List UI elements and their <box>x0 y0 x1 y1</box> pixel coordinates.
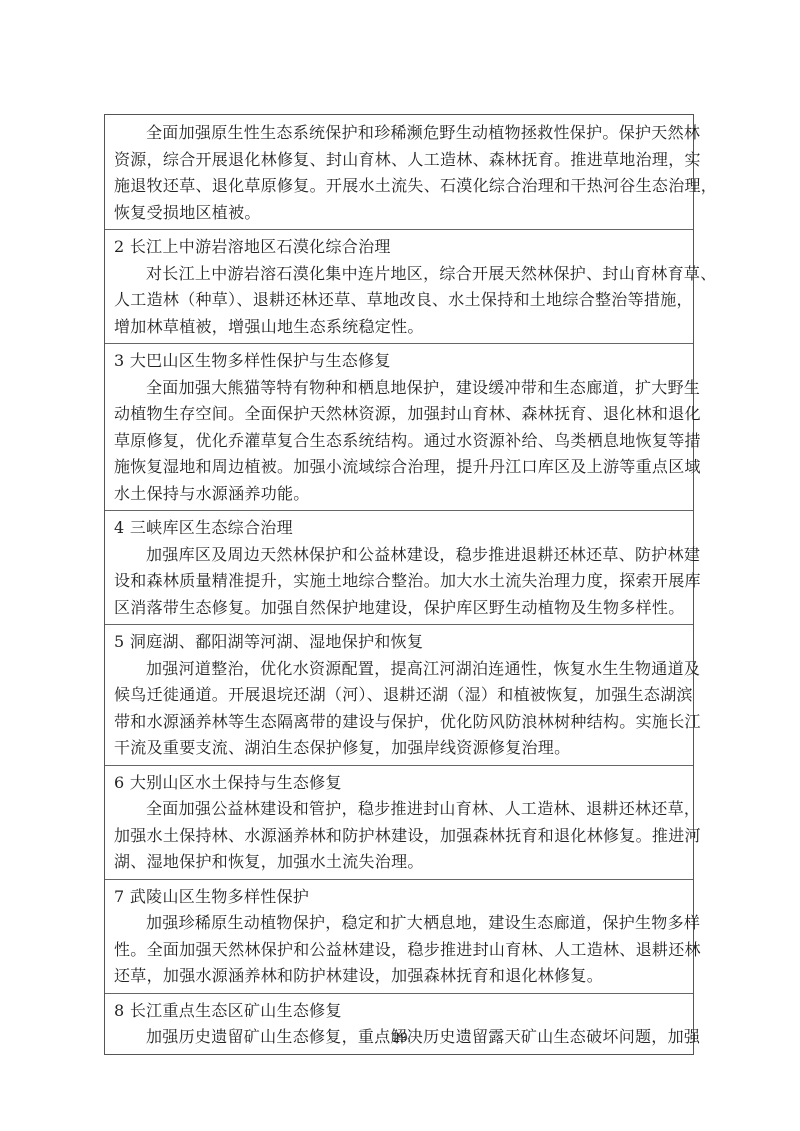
text-line: 加强库区及周边天然林保护和公益林建设，稳步推进退耕还林还草、防护林建 <box>114 542 685 569</box>
table-row: 2 长江上中游岩溶地区石漠化综合治理对长江上中游岩溶石漠化集中连片地区，综合开展… <box>105 229 693 343</box>
section-heading: 4 三峡库区生态综合治理 <box>114 515 685 542</box>
text-line: 加强河道整治，优化水资源配置，提高江河湖泊连通性，恢复水生生物通道及 <box>114 656 685 683</box>
section-heading: 2 长江上中游岩溶地区石漠化综合治理 <box>114 234 685 261</box>
text-line: 资源，综合开展退化林修复、封山育林、人工造林、森林抚育。推进草地治理，实 <box>114 147 685 174</box>
section-heading: 3 大巴山区生物多样性保护与生态修复 <box>114 348 685 375</box>
text-line: 还草，加强水源涵养林和防护林建设，加强森林抚育和退化林修复。 <box>114 963 685 990</box>
table-row: 7 武陵山区生物多样性保护加强珍稀原生动植物保护，稳定和扩大栖息地，建设生态廊道… <box>105 879 693 993</box>
text-line: 带和水源涵养林等生态隔离带的建设与保护，优化防风防浪林树种结构。实施长江 <box>114 709 685 736</box>
section-heading: 8 长江重点生态区矿山生态修复 <box>114 998 685 1025</box>
section-paragraph: 全面加强公益林建设和管护，稳步推进封山育林、人工造林、退耕还林还草，加强水土保持… <box>114 796 685 876</box>
text-line: 恢复受损地区植被。 <box>114 200 685 227</box>
text-line: 施恢复湿地和周边植被。加强小流域综合治理，提升丹江口库区及上游等重点区域 <box>114 454 685 481</box>
section-paragraph: 对长江上中游岩溶石漠化集中连片地区，综合开展天然林保护、封山育林育草、人工造林（… <box>114 261 685 341</box>
text-line: 水土保持与水源涵养功能。 <box>114 481 685 508</box>
section-paragraph: 加强库区及周边天然林保护和公益林建设，稳步推进退耕还林还草、防护林建设和森林质量… <box>114 542 685 622</box>
section-heading: 7 武陵山区生物多样性保护 <box>114 884 685 911</box>
text-line: 草原修复，优化乔灌草复合生态系统结构。通过水资源补给、鸟类栖息地恢复等措 <box>114 428 685 455</box>
text-line: 加强水土保持林、水源涵养林和防护林建设，加强森林抚育和退化林修复。推进河 <box>114 823 685 850</box>
table-row: 4 三峡库区生态综合治理加强库区及周边天然林保护和公益林建设，稳步推进退耕还林还… <box>105 510 693 624</box>
text-line: 全面加强大熊猫等特有物种和栖息地保护，建设缓冲带和生态廊道，扩大野生 <box>114 375 685 402</box>
text-line: 区消落带生态修复。加强自然保护地建设，保护库区野生动植物及生物多样性。 <box>114 595 685 622</box>
section-heading: 6 大别山区水土保持与生态修复 <box>114 770 685 797</box>
text-line: 人工造林（种草）、退耕还林还草、草地改良、水土保持和土地综合整治等措施， <box>114 287 685 314</box>
text-line: 动植物生存空间。全面保护天然林资源，加强封山育林、森林抚育、退化林和退化 <box>114 401 685 428</box>
text-line: 全面加强原生性生态系统保护和珍稀濒危野生动植物拯救性保护。保护天然林 <box>114 120 685 147</box>
text-line: 加强珍稀原生动植物保护，稳定和扩大栖息地，建设生态廊道，保护生物多样 <box>114 910 685 937</box>
section-paragraph: 全面加强大熊猫等特有物种和栖息地保护，建设缓冲带和生态廊道，扩大野生动植物生存空… <box>114 375 685 508</box>
text-line: 性。全面加强天然林保护和公益林建设，稳步推进封山育林、人工造林、退耕还林 <box>114 937 685 964</box>
document-page: 全面加强原生性生态系统保护和珍稀濒危野生动植物拯救性保护。保护天然林资源，综合开… <box>0 0 800 1131</box>
text-line: 设和森林质量精准提升，实施土地综合整治。加大水土流失治理力度，探索开展库 <box>114 568 685 595</box>
text-line: 对长江上中游岩溶石漠化集中连片地区，综合开展天然林保护、封山育林育草、 <box>114 261 685 288</box>
table-row: 全面加强原生性生态系统保护和珍稀濒危野生动植物拯救性保护。保护天然林资源，综合开… <box>105 115 693 229</box>
text-line: 施退牧还草、退化草原修复。开展水土流失、石漠化综合治理和干热河谷生态治理， <box>114 173 685 200</box>
text-line: 候鸟迁徙通道。开展退垸还湖（河）、退耕还湖（湿）和植被恢复，加强生态湖滨 <box>114 682 685 709</box>
text-line: 湖、湿地保护和恢复，加强水土流失治理。 <box>114 849 685 876</box>
section-paragraph: 加强河道整治，优化水资源配置，提高江河湖泊连通性，恢复水生生物通道及候鸟迁徙通道… <box>114 656 685 762</box>
table-row: 5 洞庭湖、鄱阳湖等河湖、湿地保护和恢复加强河道整治，优化水资源配置，提高江河湖… <box>105 624 693 765</box>
text-line: 干流及重要支流、湖泊生态保护修复，加强岸线资源修复治理。 <box>114 735 685 762</box>
section-paragraph: 加强珍稀原生动植物保护，稳定和扩大栖息地，建设生态廊道，保护生物多样性。全面加强… <box>114 910 685 990</box>
table-row: 3 大巴山区生物多样性保护与生态修复全面加强大熊猫等特有物种和栖息地保护，建设缓… <box>105 343 693 510</box>
section-heading: 5 洞庭湖、鄱阳湖等河湖、湿地保护和恢复 <box>114 629 685 656</box>
project-table: 全面加强原生性生态系统保护和珍稀濒危野生动植物拯救性保护。保护天然林资源，综合开… <box>104 114 694 1055</box>
text-line: 全面加强公益林建设和管护，稳步推进封山育林、人工造林、退耕还林还草， <box>114 796 685 823</box>
page-number: 29 <box>0 1030 800 1047</box>
section-paragraph: 全面加强原生性生态系统保护和珍稀濒危野生动植物拯救性保护。保护天然林资源，综合开… <box>114 120 685 226</box>
text-line: 增加林草植被，增强山地生态系统稳定性。 <box>114 314 685 341</box>
table-row: 6 大别山区水土保持与生态修复全面加强公益林建设和管护，稳步推进封山育林、人工造… <box>105 765 693 879</box>
